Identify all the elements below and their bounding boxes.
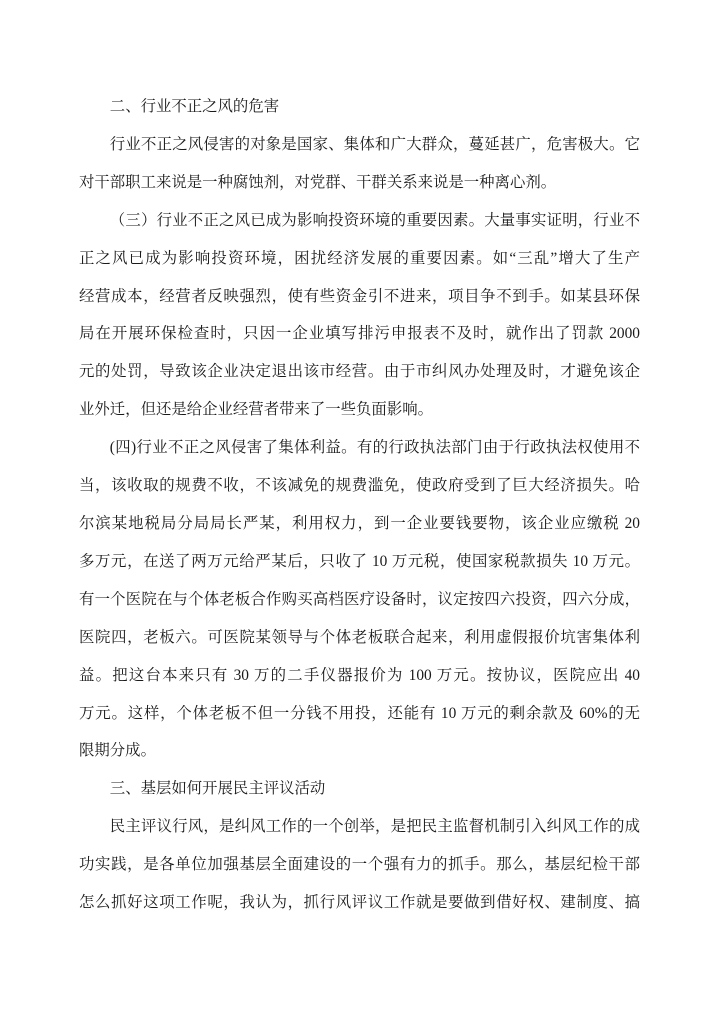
text-line: 民主评议行风，是纠风工作的一个创举，是把民主监督机制引入纠风工作的成 — [79, 808, 640, 846]
document-body: 二、行业不正之风的危害 行业不正之风侵害的对象是国家、集体和广大群众，蔓延甚广，… — [79, 88, 640, 922]
text-line: 多万元，在送了两万元给严某后，只收了 10 万元税，使国家税款损失 10 万元。 — [79, 543, 640, 581]
text-line: 当，该收取的规费不收，不该减免的规费滥免，使政府受到了巨大经济损失。哈 — [79, 467, 640, 505]
section-heading: 三、基层如何开展民主评议活动 — [79, 770, 640, 808]
paragraph: （三）行业不正之风已成为影响投资环境的重要因素。大量事实证明，行业不 正之风已成… — [79, 202, 640, 429]
heading-line: 三、基层如何开展民主评议活动 — [79, 770, 640, 808]
text-line: 业外迁，但还是给企业经营者带来了一些负面影响。 — [79, 391, 640, 429]
paragraph: (四)行业不正之风侵害了集体利益。有的行政执法部门由于行政执法权使用不 当，该收… — [79, 429, 640, 770]
heading-line: 二、行业不正之风的危害 — [79, 88, 640, 126]
text-line: 功实践，是各单位加强基层全面建设的一个强有力的抓手。那么，基层纪检干部 — [79, 846, 640, 884]
text-line: 万元。这样，个体老板不但一分钱不用投，还能有 10 万元的剩余款及 60%的无 — [79, 695, 640, 733]
text-line: 有一个医院在与个体老板合作购买高档医疗设备时，议定按四六投资，四六分成， — [79, 581, 640, 619]
text-line: 元的处罚，导致该企业决定退出该市经营。由于市纠风办处理及时，才避免该企 — [79, 353, 640, 391]
text-line: 尔滨某地税局分局局长严某，利用权力，到一企业要钱要物，该企业应缴税 20 — [79, 505, 640, 543]
text-line: 经营成本，经营者反映强烈，使有些资金引不进来，项目争不到手。如某县环保 — [79, 278, 640, 316]
paragraph: 民主评议行风，是纠风工作的一个创举，是把民主监督机制引入纠风工作的成 功实践，是… — [79, 808, 640, 922]
text-line: 医院四，老板六。可医院某领导与个体老板联合起来，利用虚假报价坑害集体利 — [79, 619, 640, 657]
text-line: 怎么抓好这项工作呢，我认为，抓行风评议工作就是要做到借好权、建制度、搞 — [79, 884, 640, 922]
text-line: 益。把这台本来只有 30 万的二手仪器报价为 100 万元。按协议，医院应出 4… — [79, 657, 640, 695]
text-line: 局在开展环保检查时，只因一企业填写排污申报表不及时，就作出了罚款 2000 — [79, 315, 640, 353]
text-line: 对干部职工来说是一种腐蚀剂，对党群、干群关系来说是一种离心剂。 — [79, 164, 640, 202]
text-line: 行业不正之风侵害的对象是国家、集体和广大群众，蔓延甚广，危害极大。它 — [79, 126, 640, 164]
text-line: (四)行业不正之风侵害了集体利益。有的行政执法部门由于行政执法权使用不 — [79, 429, 640, 467]
section-heading: 二、行业不正之风的危害 — [79, 88, 640, 126]
text-line: 正之风已成为影响投资环境，困扰经济发展的重要因素。如“三乱”增大了生产 — [79, 240, 640, 278]
document-page: 二、行业不正之风的危害 行业不正之风侵害的对象是国家、集体和广大群众，蔓延甚广，… — [0, 0, 721, 1020]
text-line: 限期分成。 — [79, 732, 640, 770]
text-line: （三）行业不正之风已成为影响投资环境的重要因素。大量事实证明，行业不 — [79, 202, 640, 240]
paragraph: 行业不正之风侵害的对象是国家、集体和广大群众，蔓延甚广，危害极大。它 对干部职工… — [79, 126, 640, 202]
